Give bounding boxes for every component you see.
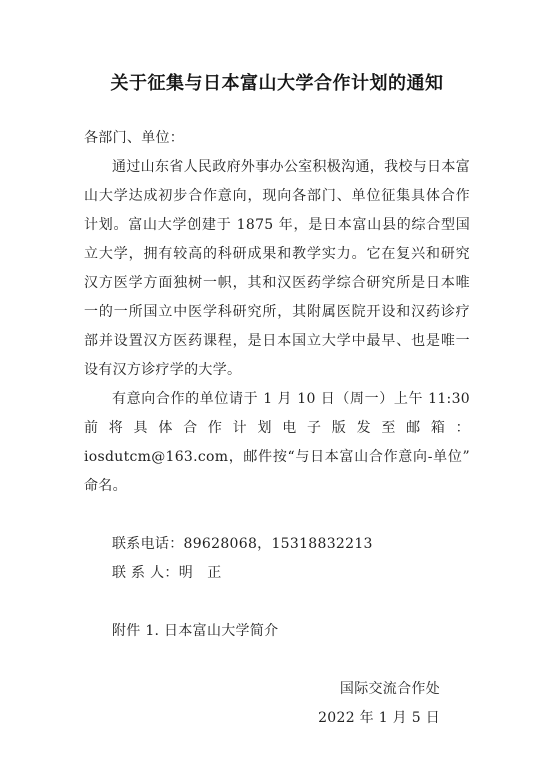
signature-department: 国际交流合作处 [84, 675, 440, 704]
contact-person-label: 联 系 人： [112, 565, 179, 581]
contact-person-line: 联 系 人：明 正 [84, 559, 470, 588]
contact-phone-label: 联系电话： [112, 536, 184, 552]
document-title: 关于征集与日本富山大学合作计划的通知 [84, 70, 470, 98]
body-paragraph-intro: 通过山东省人民政府外事办公室积极沟通，我校与日本富山大学达成初步合作意向，现向各… [84, 153, 470, 385]
body-paragraph-instructions: 有意向合作的单位请于 1 月 10 日（周一）上午 11:30 前将具体合作计划… [84, 385, 470, 501]
blank-line [84, 501, 470, 530]
blank-line [84, 646, 470, 675]
salutation: 各部门、单位： [84, 124, 470, 153]
blank-line [84, 588, 470, 617]
signature-date: 2022 年 1 月 5 日 [84, 704, 440, 733]
contact-phone-line: 联系电话：89628068，15318832213 [84, 530, 470, 559]
document-content: 关于征集与日本富山大学合作计划的通知 各部门、单位： 通过山东省人民政府外事办公… [0, 0, 554, 733]
document-page: 关于征集与日本富山大学合作计划的通知 各部门、单位： 通过山东省人民政府外事办公… [0, 0, 554, 783]
contact-phone-numbers: 89628068，15318832213 [184, 536, 373, 552]
contact-person-name: 明 正 [179, 565, 222, 581]
attachment-note: 附件 1. 日本富山大学简介 [84, 617, 470, 646]
signature-block: 国际交流合作处 2022 年 1 月 5 日 [84, 675, 470, 733]
